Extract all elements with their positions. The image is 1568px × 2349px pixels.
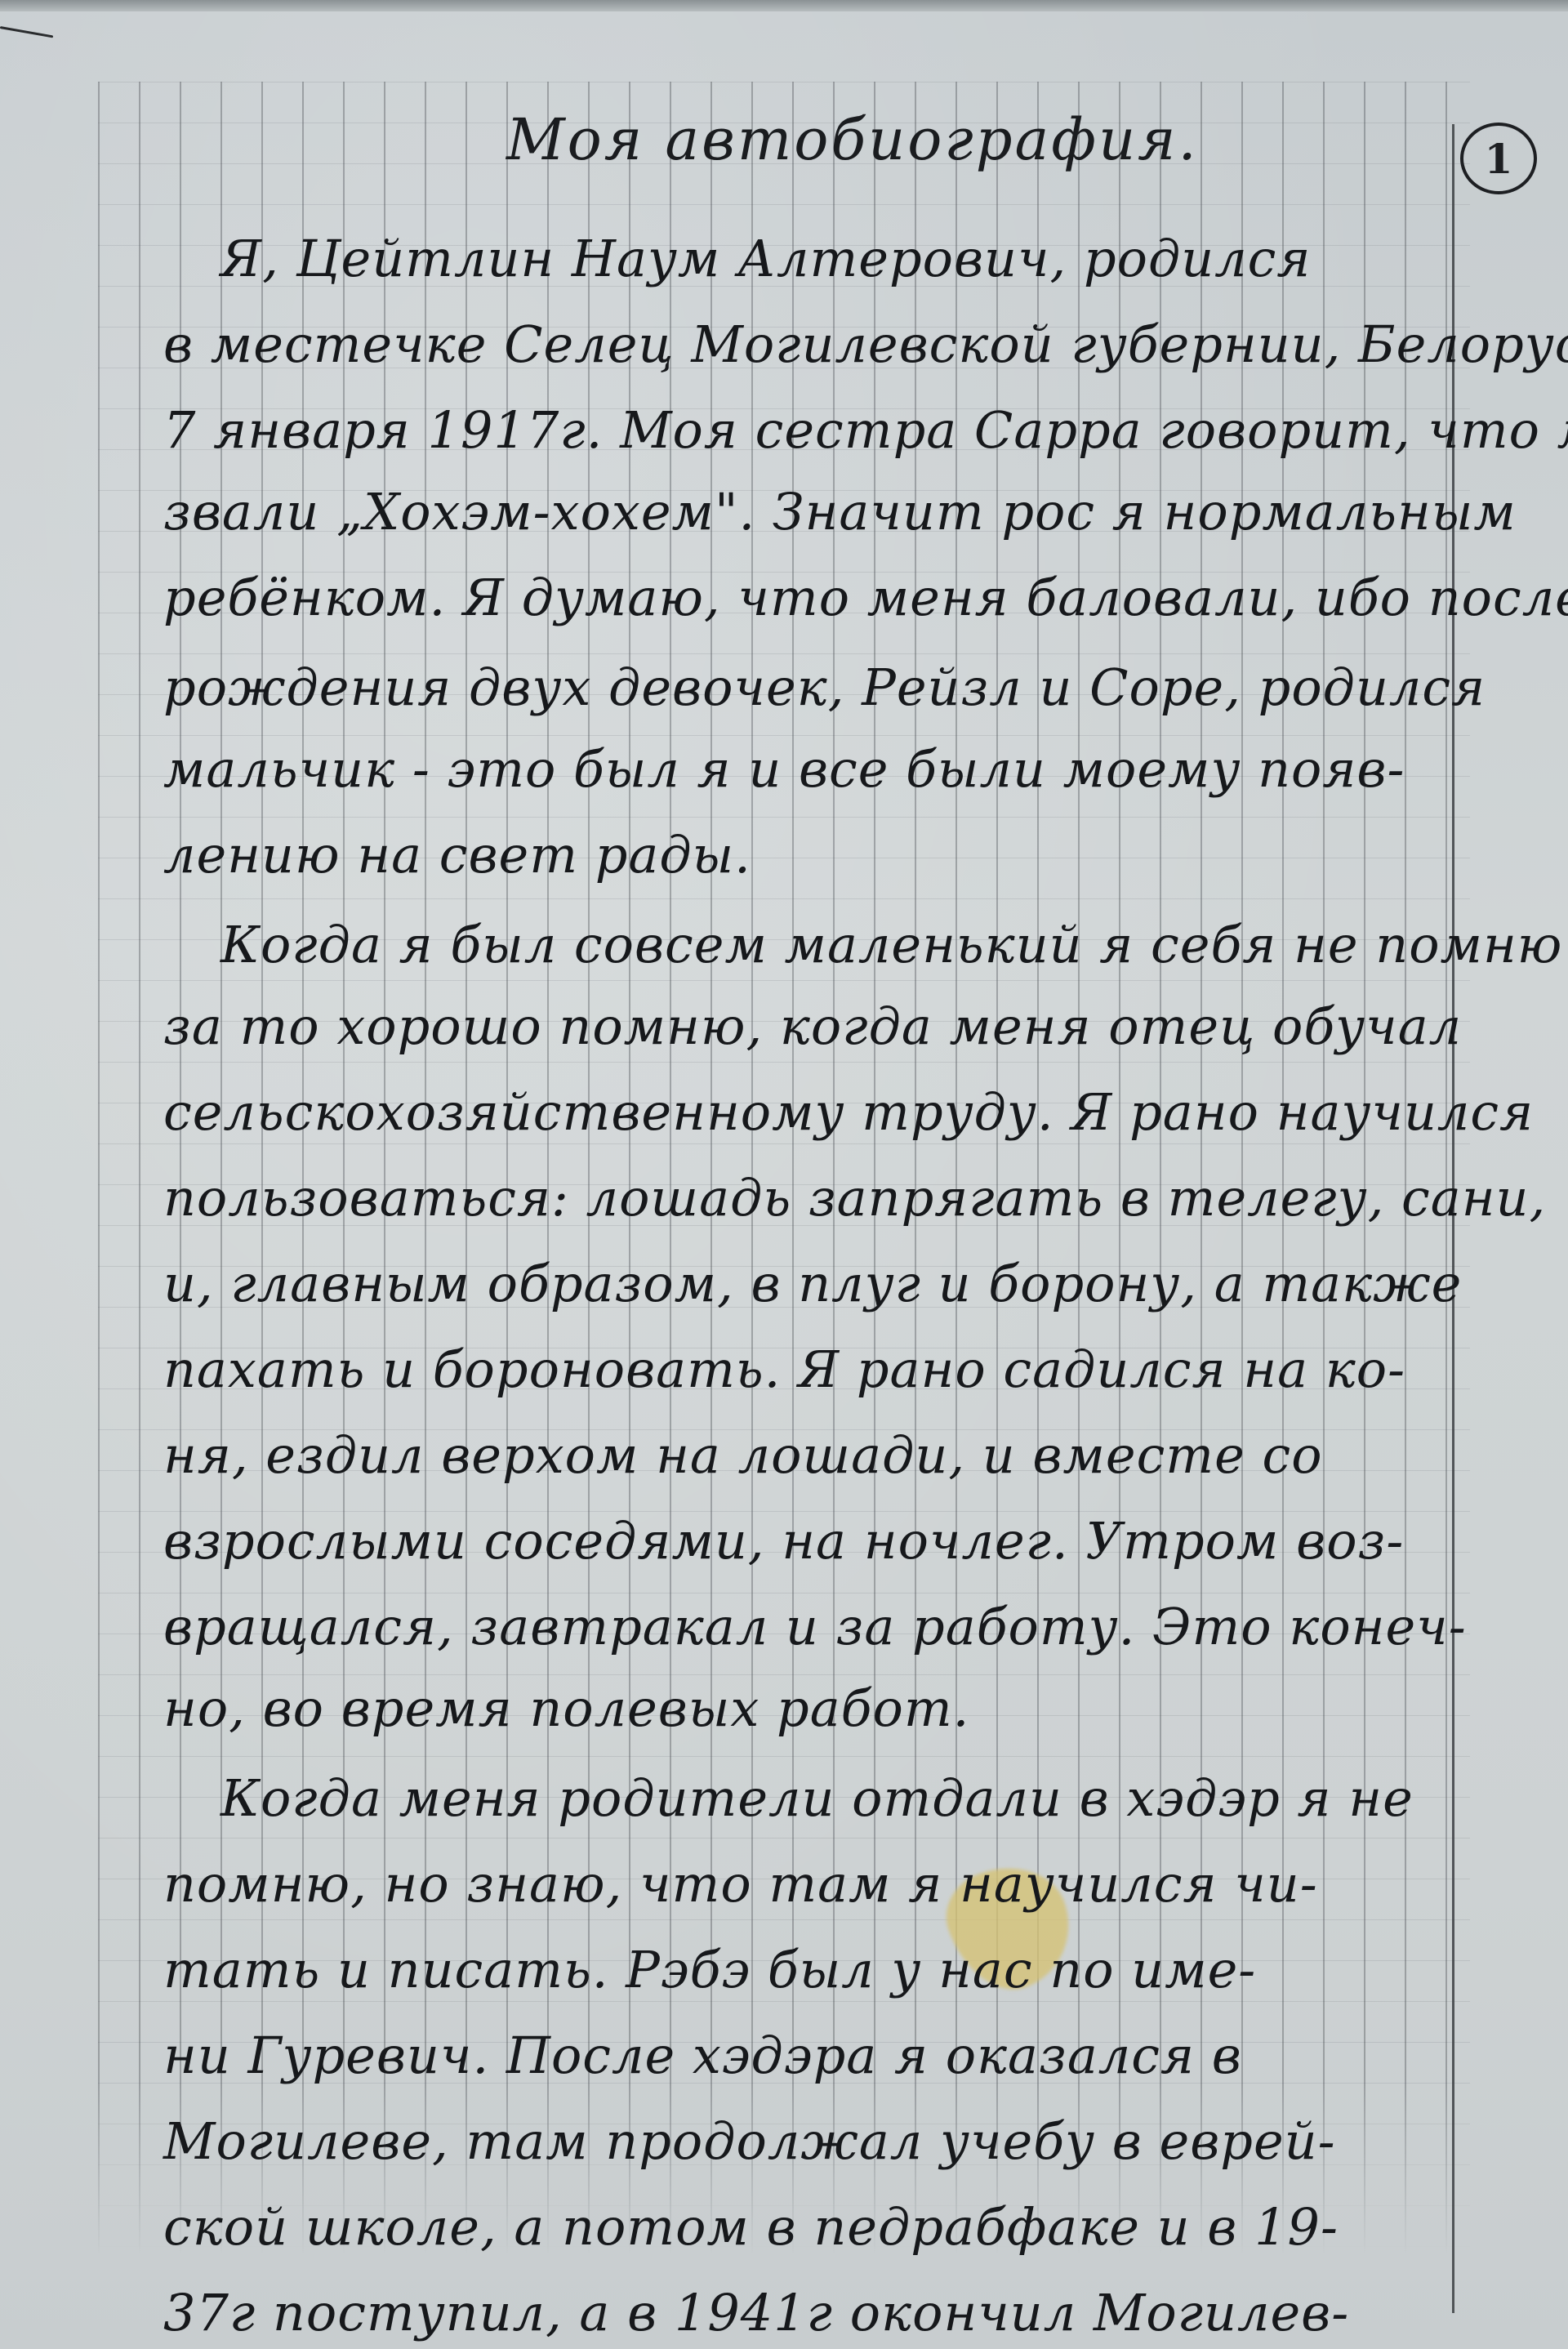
text-line: 37г поступил, а в 1941г окончил Могилев- xyxy=(163,2283,1349,2342)
text-line: тать и писать. Рэбэ был у нас по име- xyxy=(163,1940,1256,1999)
text-line: за то хорошо помню, когда меня отец обуч… xyxy=(163,996,1462,1056)
text-line: рождения двух девочек, Рейзл и Сорe, род… xyxy=(163,657,1486,717)
pen-stroke-mark xyxy=(0,26,53,38)
text-line: вращался, завтракал и за работу. Это кон… xyxy=(163,1597,1467,1656)
text-line: мальчик - это был я и все были моему поя… xyxy=(163,739,1405,799)
text-line: сельскохозяйственному труду. Я рано науч… xyxy=(163,1082,1534,1142)
text-line: взрослыми соседями, на ночлег. Утром воз… xyxy=(163,1511,1404,1571)
page-number: 1 xyxy=(1485,135,1513,183)
document-title: Моя автобиография. xyxy=(506,106,1199,173)
text-line: ня, ездил верхом на лошади, и вместе со xyxy=(163,1425,1323,1485)
text-line: звали „Хохэм-хохем". Значит рос я нормал… xyxy=(163,482,1517,542)
text-line: пахать и бороновать. Я рано садился на к… xyxy=(163,1339,1405,1399)
text-line: Когда меня родители отдали в хэдэр я не xyxy=(220,1768,1414,1828)
text-line: помню, но знаю, что там я научился чи- xyxy=(163,1854,1318,1914)
text-line: и, главным образом, в плуг и борону, а т… xyxy=(163,1254,1462,1313)
text-line: но, во время полевых работ. xyxy=(163,1678,969,1738)
text-line: Я, Цейтлин Наум Алтерович, родился xyxy=(220,229,1311,288)
paper-sheet: 1 Моя автобиография. Я, Цейтлин Наум Алт… xyxy=(0,0,1568,2349)
text-line: 7 января 1917г. Моя сестра Сарра говорит… xyxy=(163,400,1568,460)
text-line: Когда я был совсем маленький я себя не п… xyxy=(220,915,1562,974)
text-line: в местечке Селец Могилевской губернии, Б… xyxy=(163,314,1568,374)
text-line: ни Гуревич. После хэдэра я оказался в xyxy=(163,2026,1242,2085)
text-line: ской школе, а потом в педрабфаке и в 19- xyxy=(163,2197,1339,2257)
text-line: пользоваться: лошадь запрягать в телегу,… xyxy=(163,1168,1546,1228)
text-line: Могилеве, там продолжал учебу в еврей- xyxy=(163,2111,1336,2171)
text-line: лению на свет рады. xyxy=(163,825,751,885)
paper-top-edge xyxy=(0,0,1568,11)
text-line: ребёнком. Я думаю, что меня баловали, иб… xyxy=(163,568,1568,627)
page-number-circle: 1 xyxy=(1460,123,1537,194)
